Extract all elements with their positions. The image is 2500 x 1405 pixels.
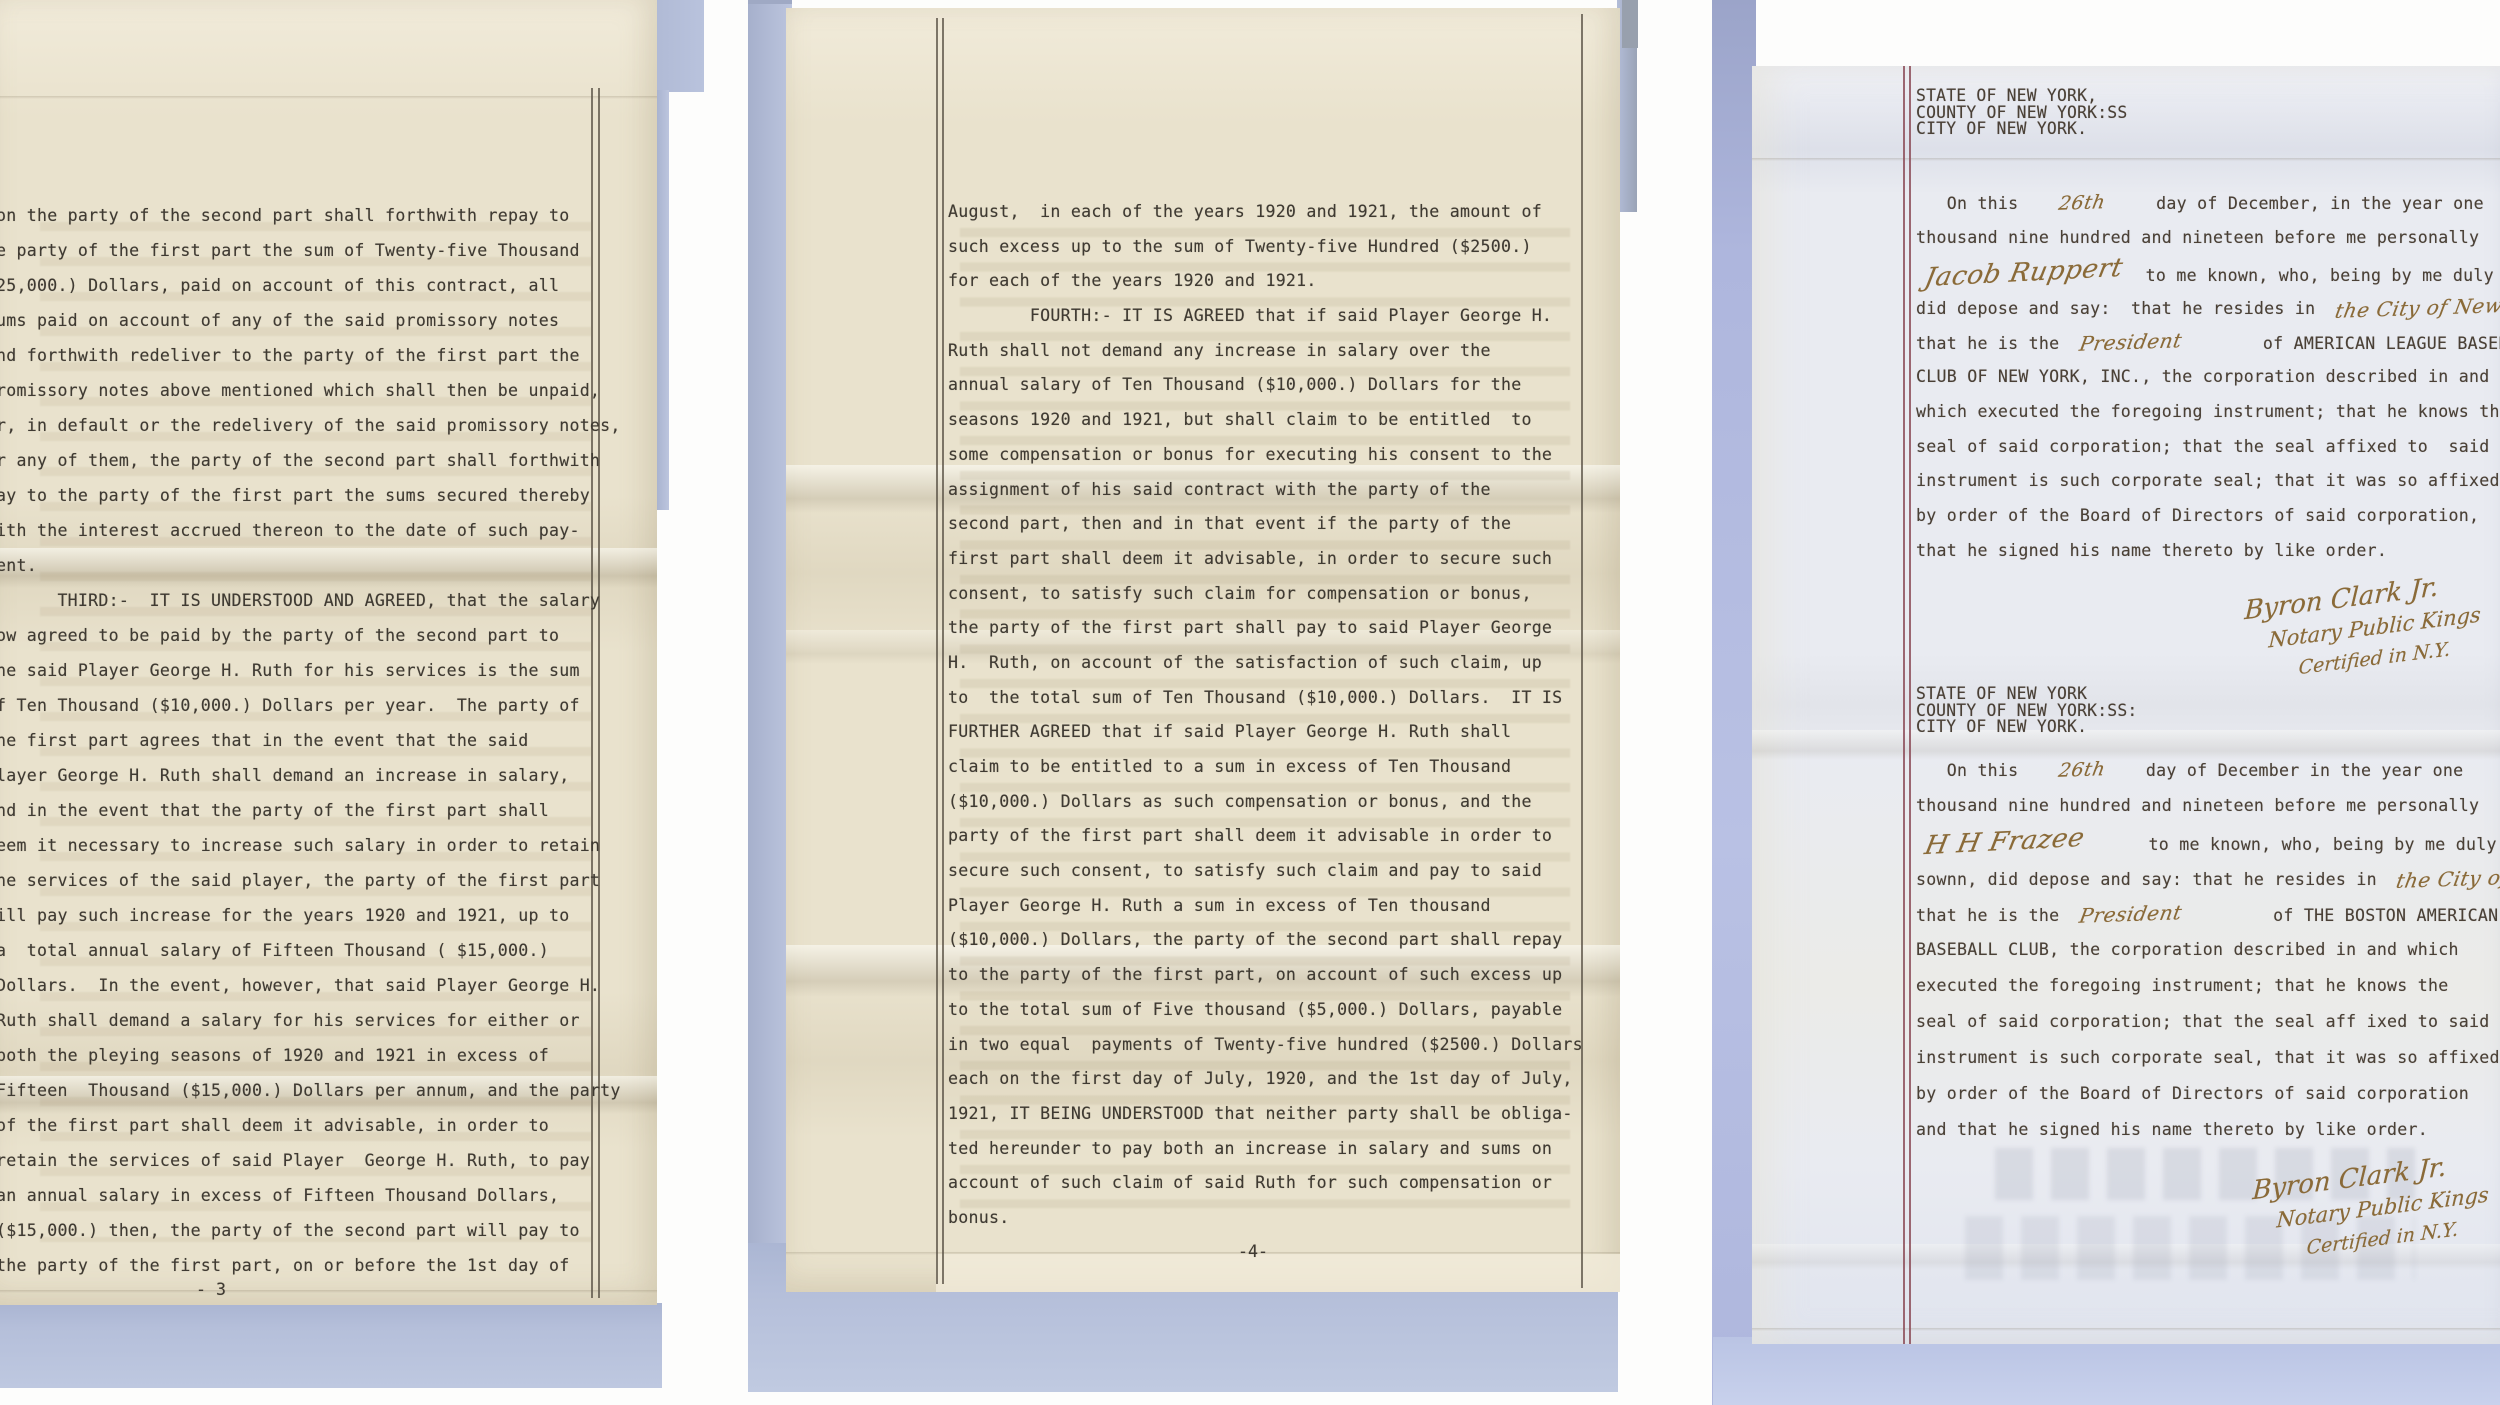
typed-text: by order of the Board of Directors of sa… — [1916, 506, 2479, 525]
fold-crease — [0, 96, 657, 99]
typed-line: to the total sum of Five thousand ($5,00… — [948, 993, 1583, 1028]
notary-venue-header: STATE OF NEW YORK,COUNTY OF NEW YORK:SSC… — [1916, 88, 2127, 138]
typed-line: and that he signed his name thereto by l… — [1916, 1112, 2500, 1148]
typed-line: second part, then and in that event if t… — [948, 507, 1583, 542]
typed-text: thousand nine hundred and nineteen befor… — [1916, 796, 2479, 815]
typed-text: BASEBALL CLUB, the corporation described… — [1916, 940, 2459, 959]
page-4-typed-text: August, in each of the years 1920 and 19… — [948, 195, 1583, 1236]
typed-line: claim to be entitled to a sum in excess … — [948, 750, 1583, 785]
typed-line: seasons 1920 and 1921, but shall claim t… — [948, 403, 1583, 438]
typed-text: which executed the foregoing instrument;… — [1916, 402, 2500, 421]
typed-text: that he is the — [1916, 334, 2070, 353]
typed-line: that he is the President of THE BOSTON A… — [1916, 896, 2500, 932]
typed-line: On this 26th day of December, in the yea… — [1916, 186, 2500, 221]
typed-line: of the first part shall deem it advisabl… — [0, 1108, 621, 1143]
typed-text: by order of the Board of Directors of sa… — [1916, 1084, 2469, 1103]
typed-line: did depose and say: that he resides in t… — [1916, 290, 2500, 325]
typed-line: bonus. — [948, 1201, 1583, 1236]
typed-line: he said Player George H. Ruth for his se… — [0, 653, 621, 688]
typed-line: in two equal payments of Twenty-five hun… — [948, 1028, 1583, 1063]
backing-sheet-bottom-band — [1713, 1337, 2500, 1405]
typed-line: annual salary of Ten Thousand ($10,000.)… — [948, 368, 1583, 403]
fold-crease — [1752, 158, 2500, 161]
page-3-typed-text: on the party of the second part shall fo… — [0, 198, 621, 1283]
typed-line: party of the first part shall deem it ad… — [948, 819, 1583, 854]
typed-line: sownn, did depose and say: that he resid… — [1916, 860, 2500, 896]
typed-line: e party of the first part the sum of Twe… — [0, 233, 621, 268]
typed-text: CLUB OF NEW YORK, INC., the corporation … — [1916, 367, 2489, 386]
typed-line: an annual salary in excess of Fifteen Th… — [0, 1178, 621, 1213]
typed-line: account of such claim of said Ruth for s… — [948, 1166, 1583, 1201]
typed-line: FURTHER AGREED that if said Player Georg… — [948, 715, 1583, 750]
typed-line: f Ten Thousand ($10,000.) Dollars per ye… — [0, 688, 621, 723]
typed-text: of THE BOSTON AMERICAN — [2191, 906, 2498, 925]
typed-line: THIRD:- IT IS UNDERSTOOD AND AGREED, tha… — [0, 583, 621, 618]
margin-line-red — [1903, 66, 1905, 1344]
handwritten-text: 26th — [2056, 185, 2109, 221]
handwritten-text: President — [2076, 894, 2185, 934]
typed-line: ted hereunder to pay both an increase in… — [948, 1132, 1583, 1167]
typed-text: of AMERICAN LEAGUE BASEBALL — [2191, 334, 2500, 353]
typed-line: ill pay such increase for the years 1920… — [0, 898, 621, 933]
typed-line: On this 26th day of December in the year… — [1916, 752, 2500, 788]
typed-line: r, in default or the redelivery of the s… — [0, 408, 621, 443]
typed-line: to the total sum of Ten Thousand ($10,00… — [948, 681, 1583, 716]
typed-line: which executed the foregoing instrument;… — [1916, 395, 2500, 430]
typed-line: for each of the years 1920 and 1921. — [948, 264, 1583, 299]
handwritten-text: 26th — [2056, 751, 2109, 789]
typed-line: ($15,000.) then, the party of the second… — [0, 1213, 621, 1248]
typed-line: seal of said corporation; that the seal … — [1916, 1004, 2500, 1040]
contract-page-3-scan: on the party of the second part shall fo… — [0, 0, 710, 1405]
typed-line: ($10,000.) Dollars as such compensation … — [948, 785, 1583, 820]
typed-line: some compensation or bonus for executing… — [948, 438, 1583, 473]
margin-line-red — [1909, 66, 1911, 1344]
typed-line: a total annual salary of Fifteen Thousan… — [0, 933, 621, 968]
typed-line: executed the foregoing instrument; that … — [1916, 968, 2500, 1004]
handwritten-text: H H Frazee — [1922, 820, 2088, 864]
notary-venue-header: STATE OF NEW YORKCOUNTY OF NEW YORK:SS:C… — [1916, 686, 2138, 736]
typed-text: thousand nine hundred and nineteen befor… — [1916, 228, 2479, 247]
typed-text: did depose and say: that he resides in — [1916, 299, 2326, 318]
handwritten-text: the City of New — [2393, 857, 2500, 899]
typed-line: he first part agrees that in the event t… — [0, 723, 621, 758]
typed-text: that he is the — [1916, 906, 2070, 925]
handwritten-text: Jacob Ruppert — [1921, 251, 2126, 296]
typed-line: Fifteen Thousand ($15,000.) Dollars per … — [0, 1073, 621, 1108]
typed-line: the party of the first part shall pay to… — [948, 611, 1583, 646]
typed-text: instrument is such corporate seal; that … — [1916, 471, 2500, 490]
typed-line: layer George H. Ruth shall demand an inc… — [0, 758, 621, 793]
typed-line: that he signed his name thereto by like … — [1916, 534, 2500, 569]
typed-line: Dollars. In the event, however, that sai… — [0, 968, 621, 1003]
bottom-edge-crease — [0, 1290, 657, 1293]
typed-line: 1921, IT BEING UNDERSTOOD that neither p… — [948, 1097, 1583, 1132]
typed-line: on the party of the second part shall fo… — [0, 198, 621, 233]
bottom-edge-crease — [1752, 1328, 2500, 1331]
typed-line: the party of the first part, on or befor… — [0, 1248, 621, 1283]
typed-line: Jacob Ruppert to me known, who, being by… — [1916, 256, 2500, 291]
typed-text: sownn, did depose and say: that he resid… — [1916, 870, 2387, 889]
typed-line: r any of them, the party of the second p… — [0, 443, 621, 478]
typed-line: by order of the Board of Directors of sa… — [1916, 1076, 2500, 1112]
contract-page-4-scan: August, in each of the years 1920 and 19… — [710, 0, 1710, 1405]
typed-line: first part shall deem it advisable, in o… — [948, 542, 1583, 577]
typed-line: ($10,000.) Dollars, the party of the sec… — [948, 923, 1583, 958]
typed-line: assignment of his said contract with the… — [948, 473, 1583, 508]
typed-text: to me known, who, being by me duly — [2135, 266, 2493, 285]
typed-line: ow agreed to be paid by the party of the… — [0, 618, 621, 653]
typed-text: and that he signed his name thereto by l… — [1916, 1120, 2428, 1139]
typed-line: ay to the party of the first part the su… — [0, 478, 621, 513]
backing-sheet-corner-tab — [1622, 0, 1638, 48]
scanned-contract-photo: on the party of the second part shall fo… — [0, 0, 2500, 1405]
page-number: - 3 — [196, 1280, 226, 1299]
typed-text: that he signed his name thereto by like … — [1916, 541, 2387, 560]
typed-line: nd in the event that the party of the fi… — [0, 793, 621, 828]
handwritten-text: President — [2076, 323, 2184, 361]
typed-line: that he is the President of AMERICAN LEA… — [1916, 325, 2500, 360]
typed-text: instrument is such corporate seal, that … — [1916, 1048, 2500, 1067]
typed-line: ith the interest accrued thereon to the … — [0, 513, 621, 548]
typed-line: to the party of the first part, on accou… — [948, 958, 1583, 993]
handwritten-text: the City of New York — [2332, 287, 2500, 329]
typed-line: thousand nine hundred and nineteen befor… — [1916, 788, 2500, 824]
typed-line: consent, to satisfy such claim for compe… — [948, 577, 1583, 612]
backing-sheet-left-strip — [1712, 0, 1756, 1405]
typed-line: nd forthwith redeliver to the party of t… — [0, 338, 621, 373]
typed-line: seal of said corporation; that the seal … — [1916, 430, 2500, 465]
margin-line — [942, 18, 944, 1284]
typed-text: seal of said corporation; that the seal … — [1916, 1012, 2489, 1031]
typed-line: thousand nine hundred and nineteen befor… — [1916, 221, 2500, 256]
notary-acknowledgment-frazee: On this 26th day of December in the year… — [1916, 752, 2500, 1148]
typed-text: On this — [1916, 761, 2049, 780]
header-line: CITY OF NEW YORK. — [1916, 719, 2138, 736]
typed-text: day of December in the year one — [2115, 761, 2463, 780]
typed-line: he services of the said player, the part… — [0, 863, 621, 898]
typed-line: H H Frazee to me known, who, being by me… — [1916, 824, 2500, 860]
typed-line: such excess up to the sum of Twenty-five… — [948, 230, 1583, 265]
typed-line: ums paid on account of any of the said p… — [0, 303, 621, 338]
backing-sheet-bottom-band — [0, 1303, 662, 1388]
typed-text: executed the foregoing instrument; that … — [1916, 976, 2449, 995]
typed-line: BASEBALL CLUB, the corporation described… — [1916, 932, 2500, 968]
notary-acknowledgment-ruppert: On this 26th day of December, in the yea… — [1916, 186, 2500, 569]
typed-line: instrument is such corporate seal, that … — [1916, 1040, 2500, 1076]
typed-line: both the pleying seasons of 1920 and 192… — [0, 1038, 621, 1073]
typed-line: 25,000.) Dollars, paid on account of thi… — [0, 268, 621, 303]
typed-line: romissory notes above mentioned which sh… — [0, 373, 621, 408]
typed-line: by order of the Board of Directors of sa… — [1916, 499, 2500, 534]
typed-line: August, in each of the years 1920 and 19… — [948, 195, 1583, 230]
typed-line: Player George H. Ruth a sum in excess of… — [948, 889, 1583, 924]
typed-line: ent. — [0, 548, 621, 583]
header-line: CITY OF NEW YORK. — [1916, 121, 2127, 138]
typed-line: Ruth shall demand a salary for his servi… — [0, 1003, 621, 1038]
typed-line: instrument is such corporate seal; that … — [1916, 464, 2500, 499]
typed-line: CLUB OF NEW YORK, INC., the corporation … — [1916, 360, 2500, 395]
typed-line: FOURTH:- IT IS AGREED that if said Playe… — [948, 299, 1583, 334]
typed-text: seal of said corporation; that the seal … — [1916, 437, 2489, 456]
typed-line: Ruth shall not demand any increase in sa… — [948, 334, 1583, 369]
typed-line: secure such consent, to satisfy such cla… — [948, 854, 1583, 889]
bottom-fold-under-strip — [936, 1254, 1620, 1292]
margin-line — [936, 18, 938, 1284]
typed-line: H. Ruth, on account of the satisfaction … — [948, 646, 1583, 681]
typed-line: each on the first day of July, 1920, and… — [948, 1062, 1583, 1097]
page-number: -4- — [1238, 1242, 1268, 1261]
typed-text: to me known, who, being by me duly — [2097, 835, 2496, 854]
typed-text: day of December, in the year one — [2115, 194, 2484, 213]
typed-text: On this — [1916, 194, 2049, 213]
typed-line: retain the services of said Player Georg… — [0, 1143, 621, 1178]
typed-line: eem it necessary to increase such salary… — [0, 828, 621, 863]
